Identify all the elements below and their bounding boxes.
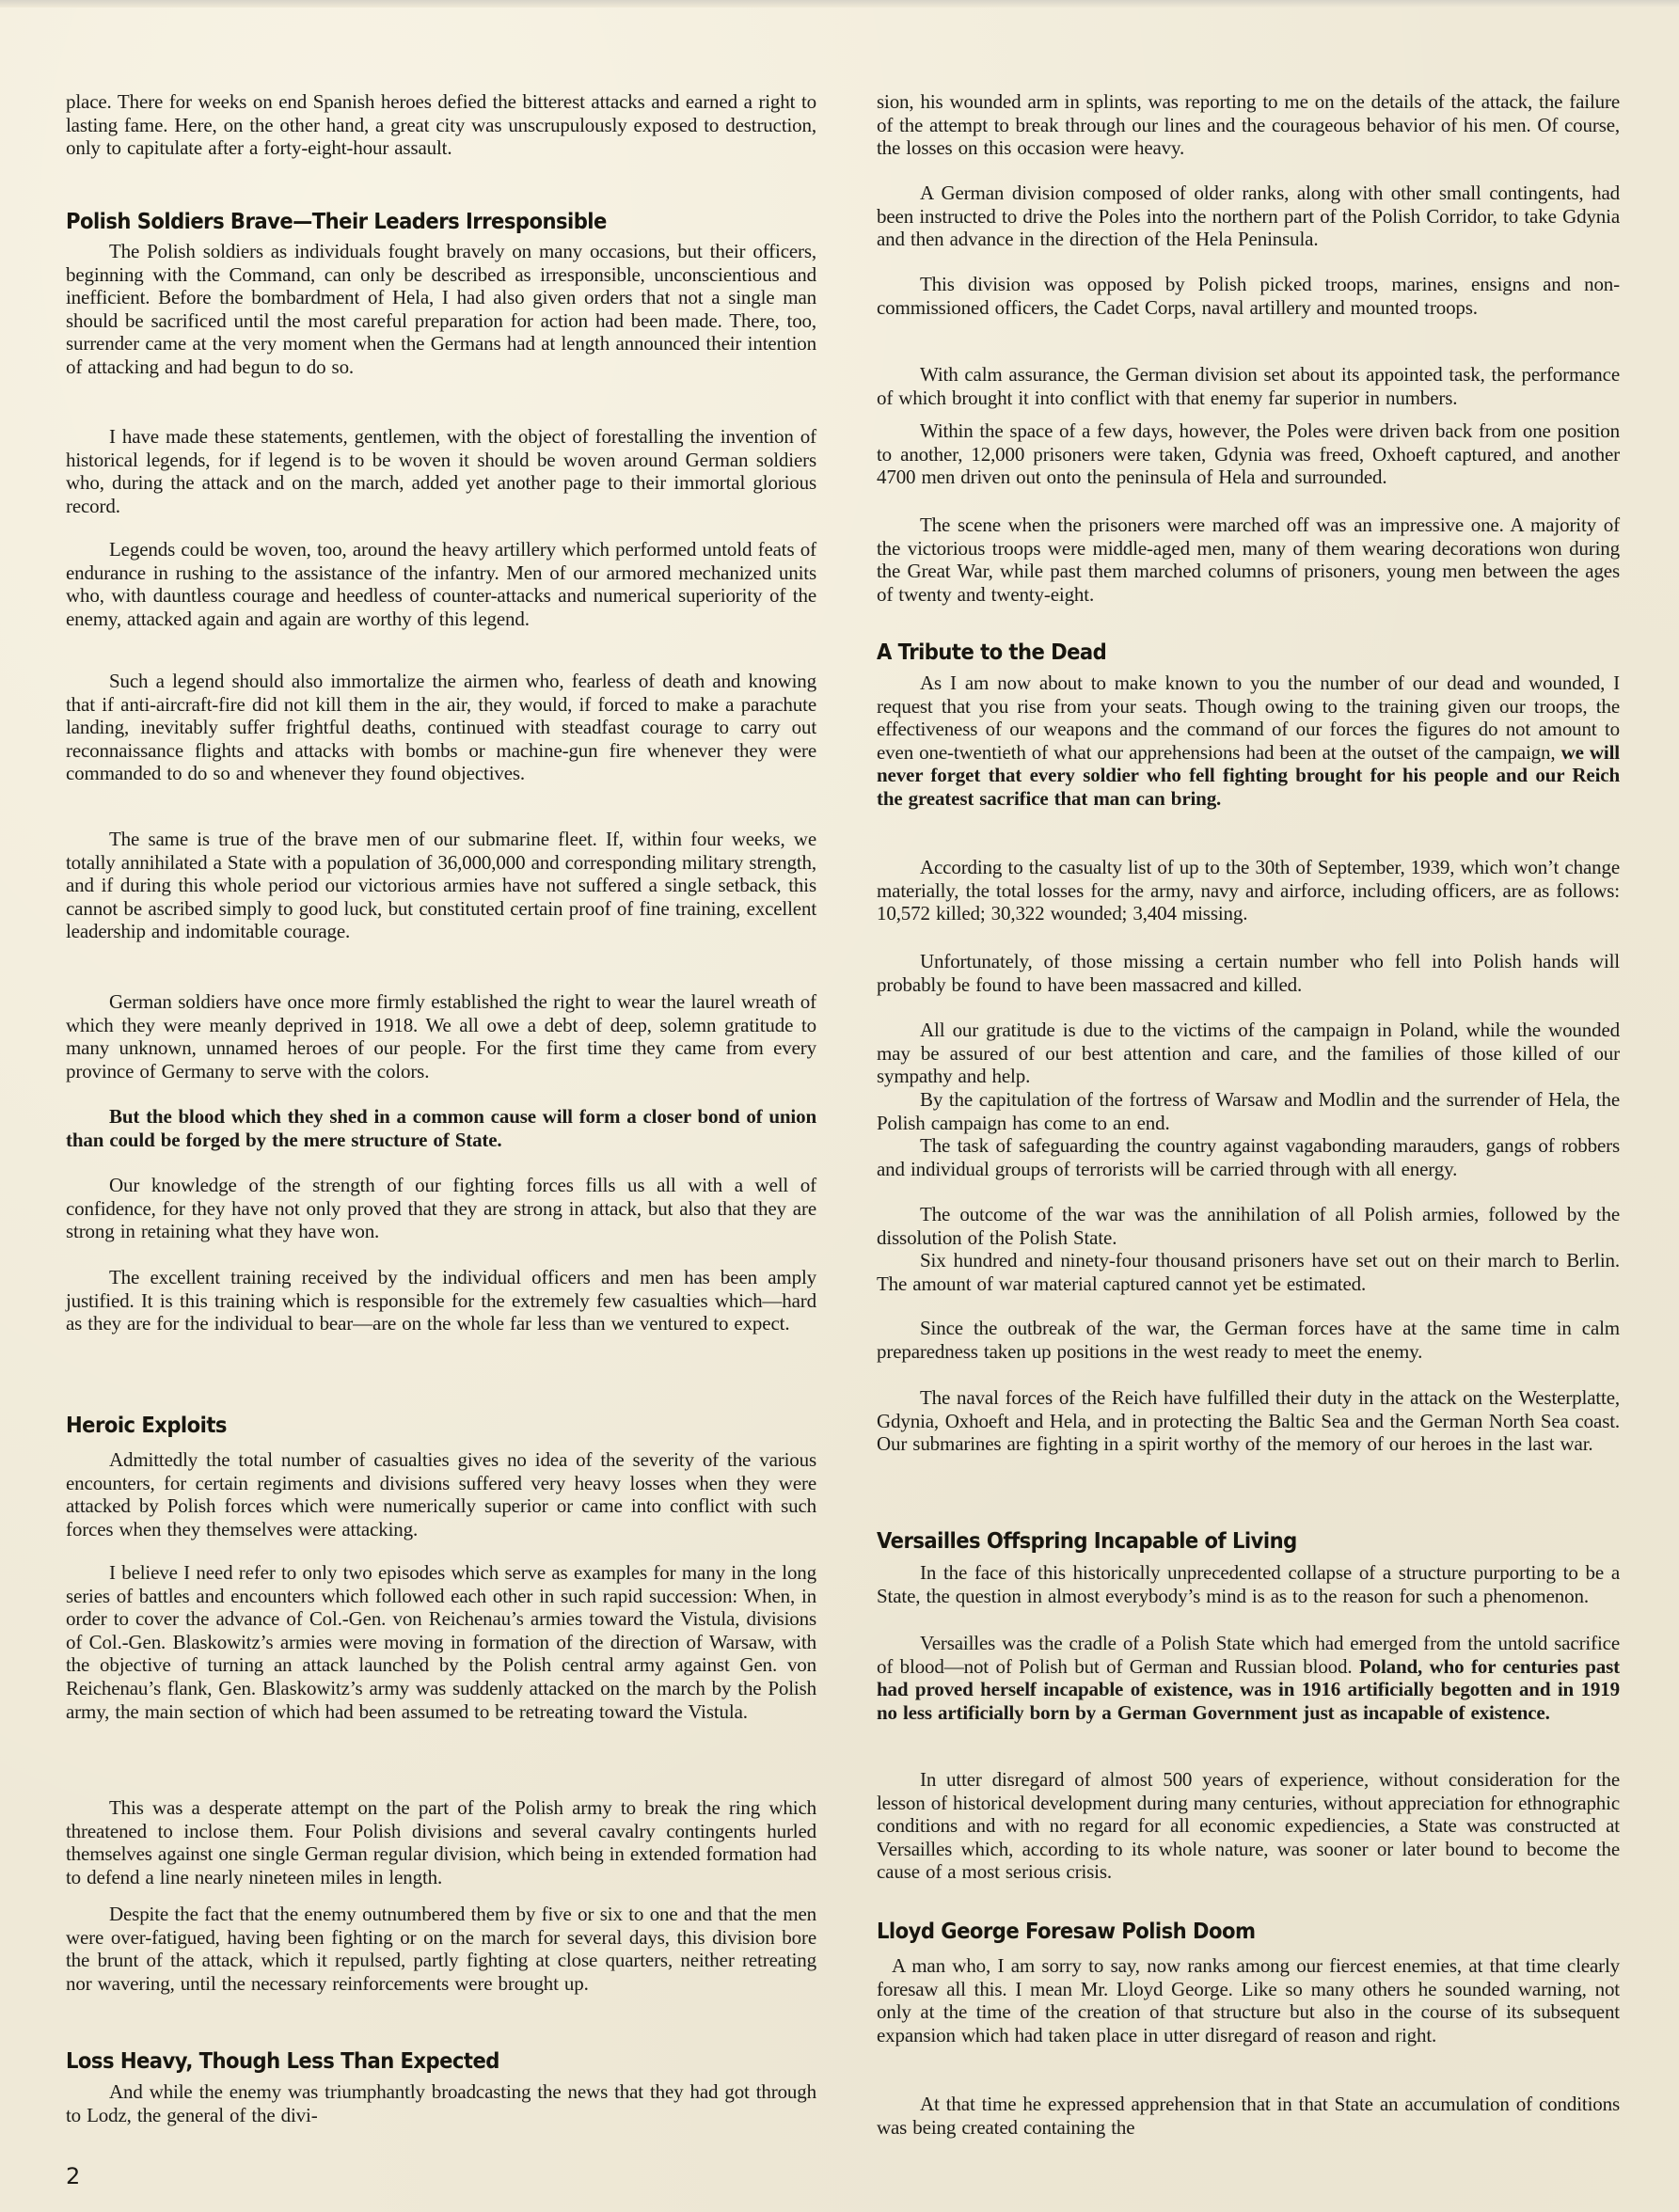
paragraph-text: Legends could be woven, too, around the … <box>66 538 816 630</box>
paragraph: Our knowledge of the strength of our fig… <box>66 1174 816 1243</box>
paragraph: As I am now about to make known to you t… <box>877 671 1620 811</box>
paragraph-text: Within the space of a few days, however,… <box>877 419 1620 488</box>
paragraph-text: This division was opposed by Polish pick… <box>877 273 1620 319</box>
section-heading: Polish Soldiers Brave—Their Leaders Irre… <box>66 209 756 235</box>
paragraph: Unfortunately, of those missing a certai… <box>877 950 1620 996</box>
paragraph: A man who, I am sorry to say, now ranks … <box>877 1954 1620 2046</box>
paragraph: The Polish soldiers as individuals fough… <box>66 240 816 379</box>
paragraph: In utter disregard of almost 500 years o… <box>877 1768 1620 1884</box>
paragraph-text: The task of safeguarding the country aga… <box>877 1134 1620 1180</box>
paragraph: The naval forces of the Reich have fulfi… <box>877 1386 1620 1456</box>
paragraph-text: The excellent training received by the i… <box>66 1266 816 1335</box>
paragraph-text: And while the enemy was triumphantly bro… <box>66 2080 816 2126</box>
paragraph: With calm assurance, the German division… <box>877 363 1620 409</box>
paragraph: Six hundred and ninety-four thousand pri… <box>877 1249 1620 1295</box>
paragraph-text: Six hundred and ninety-four thousand pri… <box>877 1249 1620 1295</box>
paragraph: By the capitulation of the fortress of W… <box>877 1088 1620 1134</box>
paragraph: I have made these statements, gentlemen,… <box>66 425 816 517</box>
paragraph: place. There for weeks on end Spanish he… <box>66 90 816 160</box>
paragraph: All our gratitude is due to the victims … <box>877 1019 1620 1088</box>
paragraph: But the blood which they shed in a commo… <box>66 1105 816 1151</box>
paragraph: The same is true of the brave men of our… <box>66 828 816 943</box>
paragraph-text: In utter disregard of almost 500 years o… <box>877 1768 1620 1883</box>
page-number: 2 <box>66 2163 80 2189</box>
paragraph: Admittedly the total number of casualtie… <box>66 1448 816 1540</box>
paragraph: I believe I need refer to only two episo… <box>66 1561 816 1723</box>
paragraph-text: The outcome of the war was the annihilat… <box>877 1203 1620 1249</box>
paragraph-text: By the capitulation of the fortress of W… <box>877 1088 1620 1134</box>
section-heading: A Tribute to the Dead <box>877 640 1560 666</box>
paragraph: The scene when the prisoners were marche… <box>877 513 1620 606</box>
paragraph-text: According to the casualty list of up to … <box>877 856 1620 924</box>
paragraph-text: place. There for weeks on end Spanish he… <box>66 90 816 159</box>
paragraph: sion, his wounded arm in splints, was re… <box>877 90 1620 160</box>
section-heading: Loss Heavy, Though Less Than Expected <box>66 2048 756 2075</box>
paragraph-text: Since the outbreak of the war, the Germa… <box>877 1317 1620 1363</box>
paragraph: In the face of this historically unprece… <box>877 1561 1620 1607</box>
paragraph-text: I have made these statements, gentlemen,… <box>66 425 816 517</box>
paragraph: A German division composed of older rank… <box>877 182 1620 251</box>
paragraph: Such a legend should also immortalize th… <box>66 670 816 785</box>
paragraph: Legends could be woven, too, around the … <box>66 538 816 630</box>
paragraph-text: Our knowledge of the strength of our fig… <box>66 1174 816 1242</box>
paragraph: At that time he expressed apprehension t… <box>877 2093 1620 2139</box>
paragraph-text: Despite the fact that the enemy outnumbe… <box>66 1903 816 1995</box>
paragraph: The outcome of the war was the annihilat… <box>877 1203 1620 1249</box>
paragraph: The excellent training received by the i… <box>66 1266 816 1335</box>
paragraph-text: This was a desperate attempt on the part… <box>66 1796 816 1888</box>
paragraph-text: Admittedly the total number of casualtie… <box>66 1448 816 1540</box>
paragraph-text: A German division composed of older rank… <box>877 182 1620 250</box>
paragraph: Since the outbreak of the war, the Germa… <box>877 1317 1620 1363</box>
paragraph-text: The scene when the prisoners were marche… <box>877 513 1620 606</box>
paragraph-text: The same is true of the brave men of our… <box>66 828 816 942</box>
paragraph-text: But the blood which they shed in a commo… <box>66 1105 816 1151</box>
paragraph-text: All our gratitude is due to the victims … <box>877 1019 1620 1087</box>
paragraph-text: A man who, I am sorry to say, now ranks … <box>877 1954 1620 2046</box>
paragraph-text: The Polish soldiers as individuals fough… <box>66 240 816 378</box>
section-heading: Heroic Exploits <box>66 1413 756 1439</box>
page-top-edge <box>0 0 1679 8</box>
paragraph: This was a desperate attempt on the part… <box>66 1796 816 1888</box>
paragraph-text: sion, his wounded arm in splints, was re… <box>877 90 1620 159</box>
paragraph: This division was opposed by Polish pick… <box>877 273 1620 319</box>
paragraph: According to the casualty list of up to … <box>877 856 1620 925</box>
paragraph-text: The naval forces of the Reich have fulfi… <box>877 1386 1620 1455</box>
paragraph-text: Such a legend should also immortalize th… <box>66 670 816 784</box>
paragraph-text: At that time he expressed apprehension t… <box>877 2093 1620 2139</box>
paragraph: Versailles was the cradle of a Polish St… <box>877 1632 1620 1724</box>
section-heading: Lloyd George Foresaw Polish Doom <box>877 1919 1560 1945</box>
paragraph: Despite the fact that the enemy outnumbe… <box>66 1903 816 1995</box>
paragraph-text: As I am now about to make known to you t… <box>877 671 1620 764</box>
paragraph: The task of safeguarding the country aga… <box>877 1134 1620 1180</box>
paragraph: German soldiers have once more firmly es… <box>66 990 816 1082</box>
paragraph-text: I believe I need refer to only two episo… <box>66 1561 816 1723</box>
paragraph-text: With calm assurance, the German division… <box>877 363 1620 409</box>
paragraph-text: German soldiers have once more firmly es… <box>66 990 816 1082</box>
paragraph-text: In the face of this historically unprece… <box>877 1561 1620 1607</box>
paragraph-text: Unfortunately, of those missing a certai… <box>877 950 1620 996</box>
paragraph: And while the enemy was triumphantly bro… <box>66 2080 816 2126</box>
paragraph: Within the space of a few days, however,… <box>877 419 1620 489</box>
section-heading: Versailles Offspring Incapable of Living <box>877 1528 1560 1555</box>
